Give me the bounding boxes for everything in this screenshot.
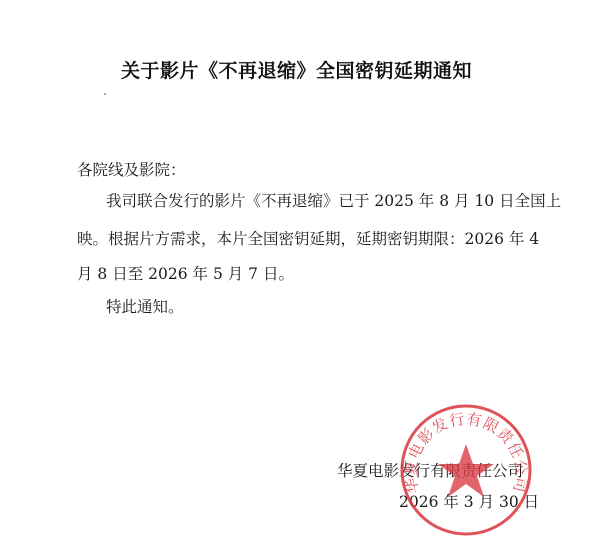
body-paragraph-line-1: 我司联合发行的影片《不再退缩》已于 2025 年 8 月 10 日全国上 (106, 189, 561, 211)
salutation: 各院线及影院： (77, 158, 186, 180)
scan-artifact-dot (104, 93, 106, 95)
closing-line: 特此通知。 (106, 295, 184, 317)
svg-text:华夏电影发行有限责任公司: 华夏电影发行有限责任公司 (402, 410, 531, 495)
signature-organization: 华夏电影发行有限责任公司 (337, 459, 523, 481)
body-paragraph-line-3: 月 8 日至 2026 年 5 月 7 日。 (77, 262, 294, 284)
signature-date: 2026 年 3 月 30 日 (399, 490, 539, 512)
document-title: 关于影片《不再退缩》全国密钥延期通知 (0, 56, 593, 83)
body-paragraph-line-2: 映。根据片方需求，本片全国密钥延期，延期密钥期限：2026 年 4 (77, 227, 539, 249)
